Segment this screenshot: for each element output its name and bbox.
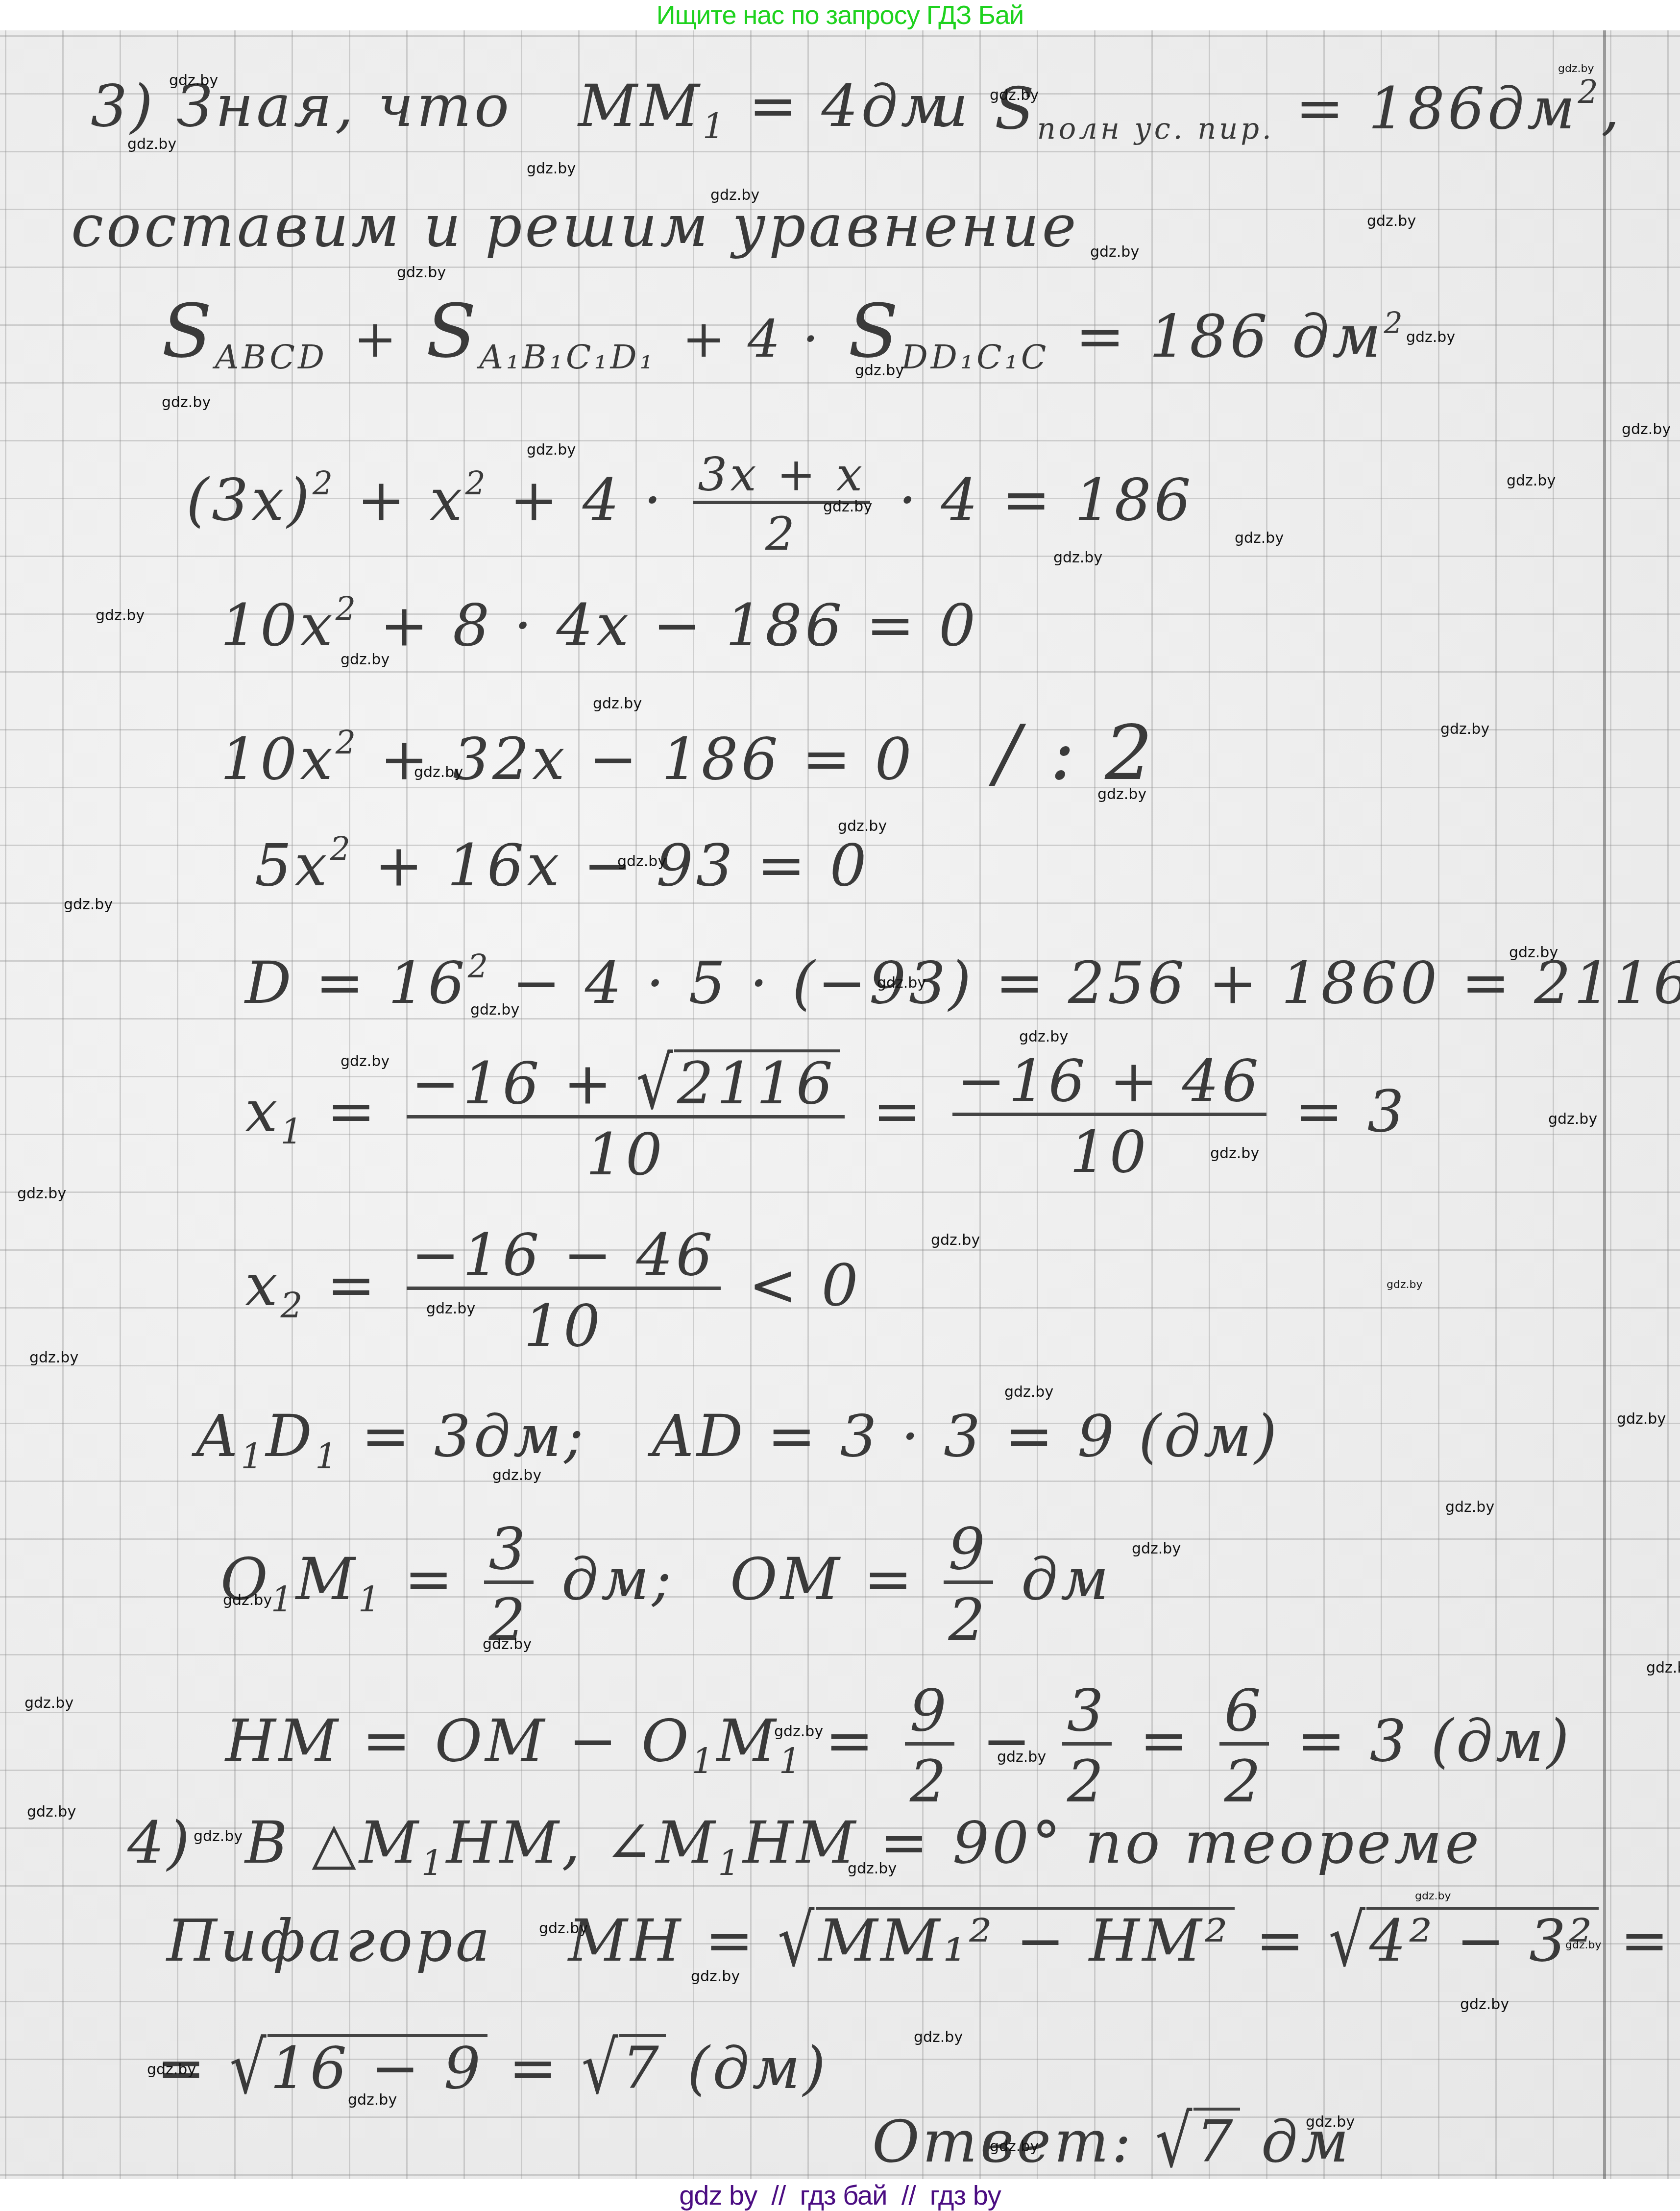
watermark: gdz.by — [1445, 1500, 1494, 1515]
discriminant: D = 162 − 4 · 5 · (−93) = 256 + 1860 = 2… — [245, 951, 1680, 1012]
watermark: gdz.by — [1097, 787, 1146, 802]
watermark: gdz.by — [1507, 474, 1556, 488]
watermark: gdz.by — [1558, 64, 1594, 74]
watermark: gdz.by — [1565, 1940, 1601, 1951]
watermark: gdz.by — [1019, 1030, 1068, 1045]
watermark: gdz.by — [162, 395, 211, 410]
step-4-line-2: Пифагора MH = √MM₁² − HM² = √4² − 3² = — [167, 1907, 1672, 1969]
watermark: gdz.by — [426, 1302, 475, 1316]
final-answer: Ответ: √7 дм — [872, 2108, 1352, 2170]
watermark: gdz.by — [1622, 422, 1671, 437]
watermark: gdz.by — [1460, 1997, 1509, 2012]
watermark: gdz.by — [341, 653, 390, 667]
equation-2: 10x2 + 8 · 4x − 186 = 0 — [220, 594, 978, 654]
watermark: gdz.by — [914, 2030, 963, 2045]
given-total-area: Sполн ус. пир. = 186дм2, — [995, 77, 1622, 143]
watermark: gdz.by — [1053, 551, 1102, 565]
watermark: gdz.by — [838, 819, 887, 834]
watermark: gdz.by — [29, 1351, 78, 1365]
equation-4: 5x2 + 16x − 93 = 0 — [255, 834, 870, 894]
margin-line — [1603, 30, 1606, 2179]
apothem-projections: O1M1 = 32 дм; OM = 92 дм — [220, 1520, 1112, 1649]
step-4-number: 4) — [127, 1814, 193, 1871]
watermark: gdz.by — [1509, 946, 1558, 960]
watermark: gdz.by — [931, 1233, 980, 1248]
watermark: gdz.by — [483, 1637, 532, 1652]
watermark: gdz.by — [848, 1862, 897, 1876]
watermark: gdz.by — [147, 2063, 196, 2077]
watermark: gdz.by — [1617, 1412, 1666, 1427]
watermark: gdz.by — [823, 500, 872, 514]
watermark: gdz.by — [527, 162, 576, 176]
watermark: gdz.by — [169, 73, 218, 88]
watermark: gdz.by — [414, 765, 463, 780]
watermark: gdz.by — [1548, 1112, 1597, 1127]
site-footer: gdz by // гдз бай // гдз by — [0, 2179, 1680, 2211]
watermark: gdz.by — [1367, 214, 1416, 229]
watermark: gdz.by — [492, 1468, 541, 1483]
watermark: gdz.by — [127, 137, 176, 152]
root-x2: x2 = −16 − 4610 < 0 — [245, 1226, 861, 1355]
watermark: gdz.by — [1210, 1146, 1259, 1161]
area-sum-equation: SABCD + SA₁B₁C₁D₁ + 4 · SDD₁C₁C = 186 дм… — [162, 295, 1406, 373]
watermark: gdz.by — [691, 1969, 740, 1984]
watermark: gdz.by — [17, 1187, 66, 1201]
watermark: gdz.by — [470, 1003, 519, 1018]
watermark: gdz.by — [1440, 722, 1489, 737]
watermark: gdz.by — [223, 1593, 272, 1608]
watermark: gdz.by — [1306, 2115, 1355, 2130]
watermark: gdz.by — [1646, 1661, 1680, 1676]
watermark: gdz.by — [96, 608, 145, 623]
watermark: gdz.by — [990, 2139, 1039, 2154]
watermark: gdz.by — [855, 364, 904, 378]
edge-lengths: A1D1 = 3дм; AD = 3 · 3 = 9 (дм) — [196, 1407, 1280, 1474]
watermark: gdz.by — [348, 2093, 397, 2108]
notebook-page: 3) Зная, что MM1 = 4дм и Sполн ус. пир. … — [0, 30, 1680, 2179]
watermark: gdz.by — [617, 854, 666, 869]
step-3-number: 3) — [91, 77, 156, 135]
watermark: gdz.by — [527, 443, 576, 458]
watermark: gdz.by — [877, 976, 926, 991]
setup-line: составим и решим уравнение — [71, 197, 1079, 255]
watermark: gdz.by — [997, 1750, 1046, 1765]
equation-1: (3x)2 + x2 + 4 · 3x + x2 · 4 = 186 — [186, 452, 1194, 558]
watermark: gdz.by — [710, 188, 759, 203]
watermark: gdz.by — [24, 1696, 73, 1711]
site-banner: Ищите нас по запросу ГДЗ Бай — [0, 0, 1680, 30]
given-mm1: MM1 = 4дм — [578, 77, 951, 144]
watermark: gdz.by — [194, 1829, 243, 1844]
watermark: gdz.by — [1415, 1891, 1451, 1902]
watermark: gdz.by — [341, 1054, 390, 1069]
intro-text: Зная, что — [176, 77, 512, 135]
watermark: gdz.by — [397, 266, 446, 280]
watermark: gdz.by — [990, 88, 1039, 103]
watermark: gdz.by — [593, 697, 642, 711]
hm-calculation: HM = OM − O1M1 = 92 − 32 = 62 = 3 (дм) — [225, 1681, 1572, 1810]
step-4-line-3: = √16 − 9 = √7 (дм) — [157, 2034, 828, 2097]
conjunction: и — [931, 77, 971, 135]
watermark: gdz.by — [1090, 245, 1139, 260]
equation-3: 10x2 + 32x − 186 = 0 / : 2 — [220, 716, 1156, 791]
watermark: gdz.by — [774, 1725, 823, 1739]
watermark: gdz.by — [1387, 1280, 1422, 1290]
watermark: gdz.by — [64, 898, 113, 912]
watermark: gdz.by — [539, 1921, 588, 1936]
watermark: gdz.by — [27, 1805, 76, 1820]
watermark: gdz.by — [1004, 1385, 1053, 1400]
watermark: gdz.by — [1406, 330, 1455, 345]
watermark: gdz.by — [1132, 1542, 1181, 1556]
root-x1: x1 = −16 + √2116 10 = −16 + 4610 = 3 — [245, 1049, 1407, 1183]
watermark: gdz.by — [1235, 531, 1284, 546]
